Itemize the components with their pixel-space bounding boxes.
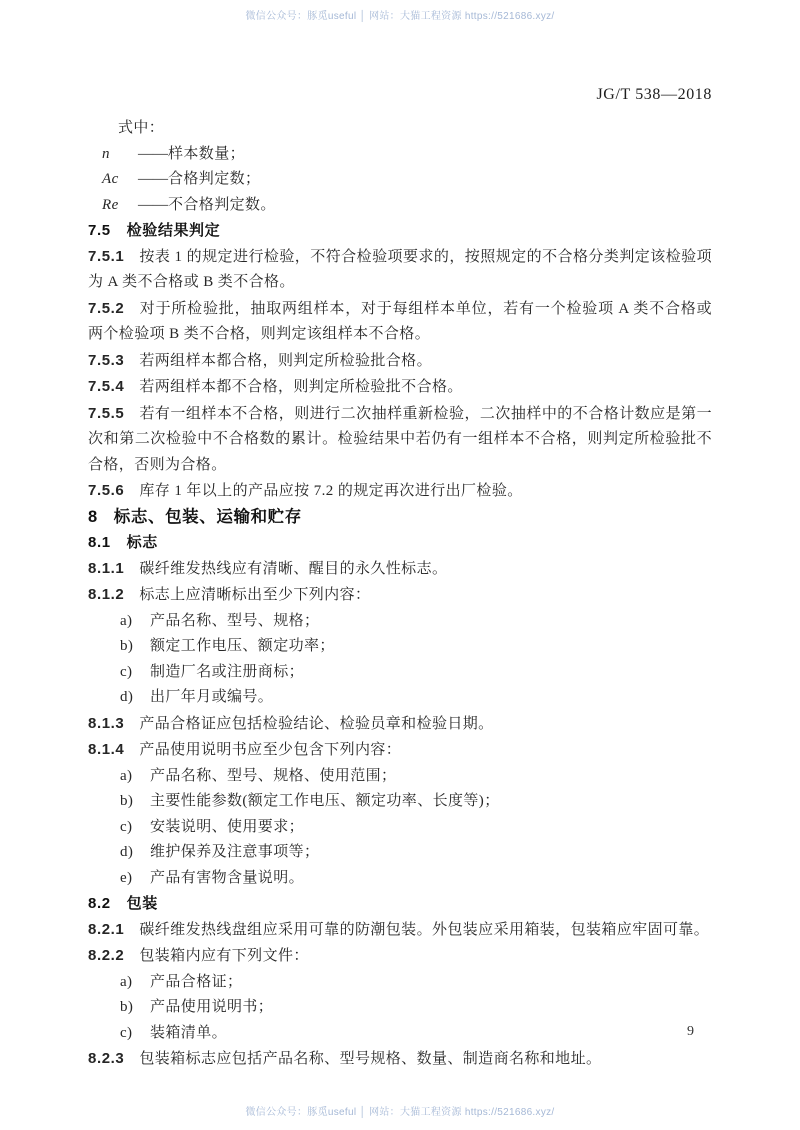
list-text: 安装说明、使用要求；	[150, 815, 304, 841]
clause-number: 8.1.1	[88, 560, 124, 577]
clause-text: 产品合格证应包括检验结论、检验员章和检验日期。	[139, 716, 493, 732]
list-text: 产品名称、型号、规格、使用范围；	[150, 764, 396, 790]
clause-number: 7.5.5	[88, 405, 124, 422]
legend-dash: ——	[138, 171, 168, 187]
heading-7-5: 7.5检验结果判定	[88, 218, 712, 244]
list-text: 出厂年月或编号。	[150, 685, 273, 711]
list-marker: b)	[120, 789, 150, 815]
clause-number: 7.5.3	[88, 352, 124, 369]
list-item: a)产品名称、型号、规格；	[88, 609, 712, 635]
clause-number: 8.2.3	[88, 1050, 124, 1067]
heading-title: 标志	[127, 534, 158, 551]
clause-7-5-3: 7.5.3若两组样本都合格，则判定所检验批合格。	[88, 348, 712, 375]
clause-7-5-1: 7.5.1按表 1 的规定进行检验，不符合检验项要求的，按照规定的不合格分类判定…	[88, 244, 712, 296]
legend-item: n——样本数量；	[88, 142, 712, 168]
legend-intro: 式中：	[88, 116, 712, 142]
list-item: b)主要性能参数(额定工作电压、额定功率、长度等)；	[88, 789, 712, 815]
clause-text: 若有一组样本不合格，则进行二次抽样重新检验，二次抽样中的不合格计数应是第一次和第…	[88, 406, 712, 473]
list-item: b)额定工作电压、额定功率；	[88, 634, 712, 660]
clause-8-2-1: 8.2.1碳纤维发热线盘组应采用可靠的防潮包装。外包装应采用箱装，包装箱应牢固可…	[88, 917, 712, 944]
heading-title: 包装	[127, 895, 158, 912]
list-text: 产品合格证；	[150, 970, 242, 996]
list-marker: c)	[120, 660, 150, 686]
legend-symbol: Ac	[102, 167, 138, 193]
clause-7-5-6: 7.5.6库存 1 年以上的产品应按 7.2 的规定再次进行出厂检验。	[88, 478, 712, 505]
list-marker: a)	[120, 609, 150, 635]
heading-8-1: 8.1标志	[88, 530, 712, 556]
clause-8-1-4: 8.1.4产品使用说明书应至少包含下列内容：	[88, 737, 712, 764]
list-marker: a)	[120, 970, 150, 996]
clause-text: 包装箱内应有下列文件：	[139, 948, 308, 964]
clause-text: 碳纤维发热线盘组应采用可靠的防潮包装。外包装应采用箱装，包装箱应牢固可靠。	[139, 922, 709, 938]
list-marker: d)	[120, 685, 150, 711]
list-item: e)产品有害物含量说明。	[88, 866, 712, 892]
clause-8-1-1: 8.1.1碳纤维发热线应有清晰、醒目的永久性标志。	[88, 556, 712, 583]
clause-7-5-4: 7.5.4若两组样本都不合格，则判定所检验批不合格。	[88, 374, 712, 401]
list-item: d)维护保养及注意事项等；	[88, 840, 712, 866]
list-text: 额定工作电压、额定功率；	[150, 634, 335, 660]
list-text: 装箱清单。	[150, 1021, 227, 1047]
list-item: a)产品合格证；	[88, 970, 712, 996]
clause-text: 碳纤维发热线应有清晰、醒目的永久性标志。	[139, 561, 447, 577]
legend-dash: ——	[138, 146, 168, 162]
clause-8-2-2: 8.2.2包装箱内应有下列文件：	[88, 943, 712, 970]
clause-number: 7.5.6	[88, 482, 124, 499]
heading-number: 7.5	[88, 222, 111, 239]
list-text: 制造厂名或注册商标；	[150, 660, 304, 686]
list-text: 维护保养及注意事项等；	[150, 840, 319, 866]
list-text: 产品名称、型号、规格；	[150, 609, 319, 635]
list-item: a)产品名称、型号、规格、使用范围；	[88, 764, 712, 790]
list-marker: d)	[120, 840, 150, 866]
document-page: 微信公众号：豚觅useful │ 网站：大猫工程资源 https://52168…	[0, 0, 800, 1130]
list-marker: c)	[120, 1021, 150, 1047]
legend-desc: 样本数量；	[168, 146, 245, 162]
clause-text: 若两组样本都不合格，则判定所检验批不合格。	[139, 379, 462, 395]
legend-desc: 不合格判定数。	[168, 197, 276, 213]
list-marker: b)	[120, 634, 150, 660]
list-text: 产品有害物含量说明。	[150, 866, 304, 892]
heading-title: 检验结果判定	[127, 222, 221, 239]
heading-title: 标志、包装、运输和贮存	[114, 508, 302, 526]
legend-symbol: n	[102, 142, 138, 168]
doc-number: JG/T 538—2018	[596, 86, 712, 104]
clause-7-5-2: 7.5.2对于所检验批，抽取两组样本，对于每组样本单位，若有一个检验项 A 类不…	[88, 296, 712, 348]
list-item: c)安装说明、使用要求；	[88, 815, 712, 841]
clause-text: 对于所检验批，抽取两组样本，对于每组样本单位，若有一个检验项 A 类不合格或两个…	[88, 301, 712, 343]
list-text: 主要性能参数(额定工作电压、额定功率、长度等)；	[150, 789, 500, 815]
clause-text: 包装箱标志应包括产品名称、型号规格、数量、制造商名称和地址。	[139, 1051, 601, 1067]
clause-number: 8.1.3	[88, 715, 124, 732]
page-number: 9	[687, 1024, 694, 1040]
list-marker: a)	[120, 764, 150, 790]
clause-number: 7.5.4	[88, 378, 124, 395]
clause-text: 若两组样本都合格，则判定所检验批合格。	[139, 353, 432, 369]
list-text: 产品使用说明书；	[150, 995, 273, 1021]
legend-desc: 合格判定数；	[168, 171, 260, 187]
clause-number: 7.5.2	[88, 300, 124, 317]
heading-number: 8.1	[88, 534, 111, 551]
list-item: c)装箱清单。	[88, 1021, 712, 1047]
clause-8-1-3: 8.1.3产品合格证应包括检验结论、检验员章和检验日期。	[88, 711, 712, 738]
legend-item: Re——不合格判定数。	[88, 193, 712, 219]
page-content: 式中： n——样本数量； Ac——合格判定数； Re——不合格判定数。 7.5检…	[88, 116, 712, 1073]
clause-text: 产品使用说明书应至少包含下列内容：	[139, 742, 401, 758]
legend-dash: ——	[138, 197, 168, 213]
heading-8: 8标志、包装、运输和贮存	[88, 505, 712, 531]
watermark-top: 微信公众号：豚觅useful │ 网站：大猫工程资源 https://52168…	[0, 7, 800, 22]
list-item: c)制造厂名或注册商标；	[88, 660, 712, 686]
clause-text: 库存 1 年以上的产品应按 7.2 的规定再次进行出厂检验。	[139, 483, 522, 499]
list-marker: b)	[120, 995, 150, 1021]
heading-number: 8	[88, 508, 98, 526]
clause-number: 7.5.1	[88, 248, 124, 265]
heading-number: 8.2	[88, 895, 111, 912]
clause-7-5-5: 7.5.5若有一组样本不合格，则进行二次抽样重新检验，二次抽样中的不合格计数应是…	[88, 401, 712, 479]
clause-number: 8.1.4	[88, 741, 124, 758]
clause-text: 标志上应清晰标出至少下列内容：	[139, 587, 370, 603]
list-item: b)产品使用说明书；	[88, 995, 712, 1021]
legend-symbol: Re	[102, 193, 138, 219]
clause-number: 8.2.1	[88, 921, 124, 938]
clause-text: 按表 1 的规定进行检验，不符合检验项要求的，按照规定的不合格分类判定该检验项为…	[88, 249, 712, 291]
watermark-bottom: 微信公众号：豚觅useful │ 网站：大猫工程资源 https://52168…	[0, 1103, 800, 1118]
formula-legend: 式中： n——样本数量； Ac——合格判定数； Re——不合格判定数。	[88, 116, 712, 218]
heading-8-2: 8.2包装	[88, 891, 712, 917]
list-marker: c)	[120, 815, 150, 841]
list-marker: e)	[120, 866, 150, 892]
legend-item: Ac——合格判定数；	[88, 167, 712, 193]
clause-8-2-3: 8.2.3包装箱标志应包括产品名称、型号规格、数量、制造商名称和地址。	[88, 1046, 712, 1073]
list-item: d)出厂年月或编号。	[88, 685, 712, 711]
clause-number: 8.2.2	[88, 947, 124, 964]
clause-number: 8.1.2	[88, 586, 124, 603]
clause-8-1-2: 8.1.2标志上应清晰标出至少下列内容：	[88, 582, 712, 609]
